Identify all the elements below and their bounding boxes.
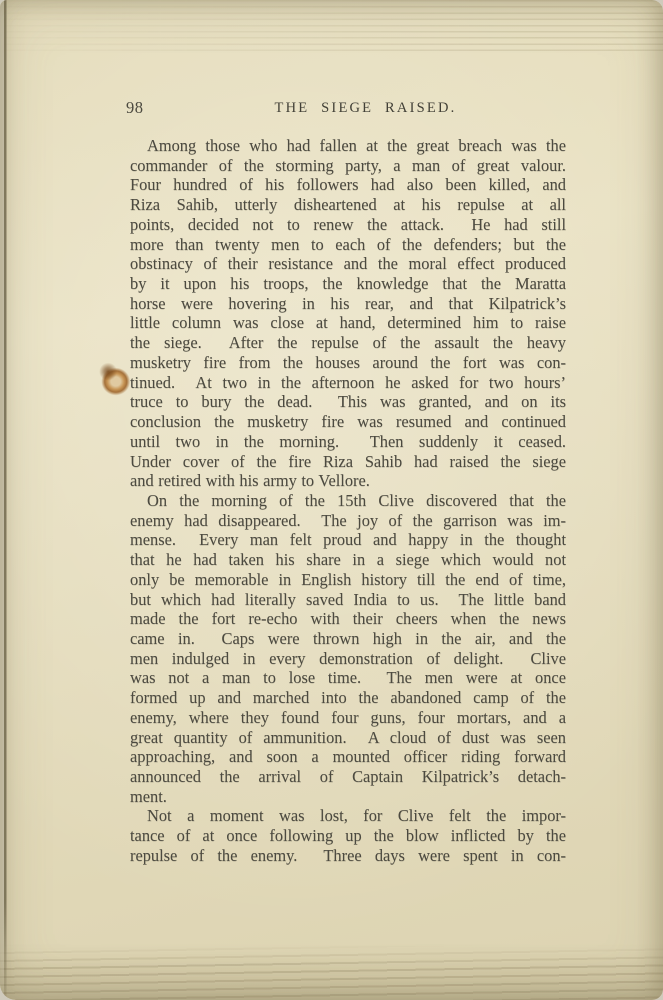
text-line: but which had literally saved India to u… xyxy=(130,590,566,610)
page-header: 98 THE SIEGE RAISED. xyxy=(130,98,567,120)
paragraph: Among those who had fallen at the great … xyxy=(130,136,566,491)
text-line: Among those who had fallen at the great … xyxy=(130,136,566,156)
text-line: repulse of the enemy. Three days were sp… xyxy=(130,846,566,866)
text-line: Under cover of the fire Riza Sahib had r… xyxy=(130,452,566,472)
text-line: mense. Every man felt proud and happy in… xyxy=(130,530,566,550)
text-line: little column was close at hand, determi… xyxy=(130,313,566,333)
text-line: made the fort re-echo with their cheers … xyxy=(130,609,566,629)
book-page: 98 THE SIEGE RAISED. Among those who had… xyxy=(0,0,663,1000)
running-title: THE SIEGE RAISED. xyxy=(275,100,457,117)
text-line: that he had taken his share in a siege w… xyxy=(130,550,566,570)
text-line: enemy, where they found four guns, four … xyxy=(130,708,566,728)
text-line: enemy had disappeared. The joy of the ga… xyxy=(130,511,566,531)
text-line: horse were hovering in his rear, and tha… xyxy=(130,294,566,314)
text-line: was not a man to lose time. The men were… xyxy=(130,668,566,688)
text-line: by it upon his troops, the knowledge tha… xyxy=(130,274,566,294)
text-line: came in. Caps were thrown high in the ai… xyxy=(130,629,566,649)
text-line: conclusion the musketry fire was resumed… xyxy=(130,412,566,432)
text-line: men indulged in every demonstration of d… xyxy=(130,649,566,669)
text-line: great quantity of ammunition. A cloud of… xyxy=(130,728,566,748)
text-line: the siege. After the repulse of the assa… xyxy=(130,333,566,353)
page-number: 98 xyxy=(126,98,144,118)
text-line: tance of at once following up the blow i… xyxy=(130,826,566,846)
paragraph: On the morning of the 15th Clive discove… xyxy=(130,491,566,807)
text-line: Riza Sahib, utterly disheartened at his … xyxy=(130,195,566,215)
ink-stain xyxy=(96,361,134,399)
text-line: Four hundred of his followers had also b… xyxy=(130,175,566,195)
text-line: formed up and marched into the abandoned… xyxy=(130,688,566,708)
text-line: more than twenty men to each of the defe… xyxy=(130,235,566,255)
body-text: Among those who had fallen at the great … xyxy=(130,136,566,866)
text-line: musketry fire from the houses around the… xyxy=(130,353,566,373)
text-line: commander of the storming party, a man o… xyxy=(130,156,566,176)
text-line: only be memorable in English history til… xyxy=(130,570,566,590)
text-line: tinued. At two in the afternoon he asked… xyxy=(130,373,566,393)
text-line: On the morning of the 15th Clive discove… xyxy=(130,491,566,511)
scanned-page-photo: 98 THE SIEGE RAISED. Among those who had… xyxy=(0,0,663,1000)
text-line: obstinacy of their resistance and the mo… xyxy=(130,254,566,274)
text-line: Not a moment was lost, for Clive felt th… xyxy=(130,806,566,826)
text-line: and retired with his army to Vellore. xyxy=(130,471,566,491)
page-gutter-line xyxy=(0,0,8,1000)
page-stack-edge-top xyxy=(0,0,663,54)
text-line: ment. xyxy=(130,787,566,807)
text-line: approaching, and soon a mounted officer … xyxy=(130,747,566,767)
text-line: points, decided not to renew the attack.… xyxy=(130,215,566,235)
page-stack-edge-bottom xyxy=(0,944,663,1000)
text-line: until two in the morning. Then suddenly … xyxy=(130,432,566,452)
text-line: truce to bury the dead. This was granted… xyxy=(130,392,566,412)
paragraph: Not a moment was lost, for Clive felt th… xyxy=(130,806,566,865)
text-line: announced the arrival of Captain Kilpatr… xyxy=(130,767,566,787)
